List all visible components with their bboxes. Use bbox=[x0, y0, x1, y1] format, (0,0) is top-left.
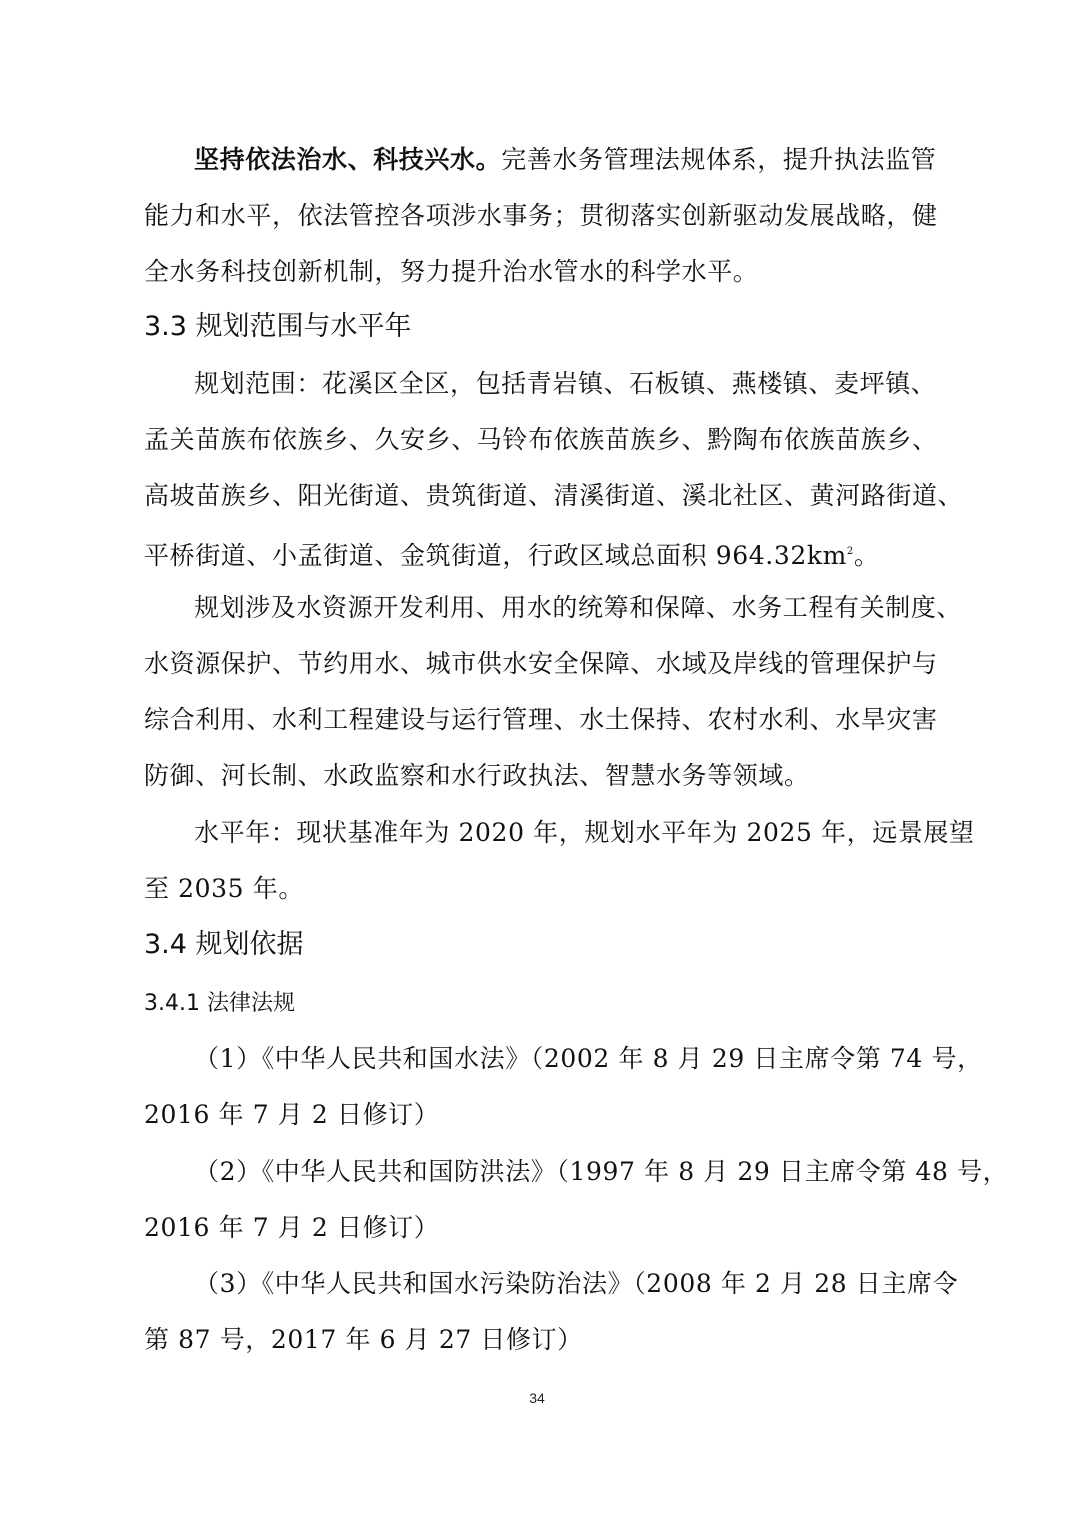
section-3-3-heading: 3.3 规划范围与水平年 bbox=[144, 311, 934, 343]
principle-line-2: 能力和水平，依法管控各项涉水事务；贯彻落实创新驱动发展战略，健 bbox=[144, 200, 934, 232]
content-line-3: 综合利用、水利工程建设与运行管理、水土保持、农村水利、水旱灾害 bbox=[144, 704, 934, 736]
principle-line-1: 坚持依法治水、科技兴水。完善水务管理法规体系，提升执法监管 bbox=[194, 144, 984, 176]
law-1-line-2: 2016 年 7 月 2 日修订） bbox=[144, 1099, 934, 1131]
scope-line-1: 规划范围：花溪区全区，包括青岩镇、石板镇、燕楼镇、麦坪镇、 bbox=[194, 368, 984, 400]
section-3-4-heading: 3.4 规划依据 bbox=[144, 929, 934, 961]
principle-bold-lead: 坚持依法治水、科技兴水。 bbox=[194, 145, 501, 174]
principle-line-1-rest: 完善水务管理法规体系，提升执法监管 bbox=[501, 145, 936, 174]
law-2-line-2: 2016 年 7 月 2 日修订） bbox=[144, 1212, 934, 1244]
law-3-line-2: 第 87 号，2017 年 6 月 27 日修订） bbox=[144, 1324, 934, 1356]
scope-line-3: 高坡苗族乡、阳光街道、贵筑街道、清溪街道、溪北社区、黄河路街道、 bbox=[144, 480, 934, 512]
principle-line-3: 全水务科技创新机制，努力提升治水管水的科学水平。 bbox=[144, 256, 934, 288]
content-line-1: 规划涉及水资源开发利用、用水的统筹和保障、水务工程有关制度、 bbox=[194, 592, 984, 624]
law-2-line-1: （2）《中华人民共和国防洪法》（1997 年 8 月 29 日主席令第 48 号… bbox=[194, 1156, 984, 1188]
scope-line-4-text: 平桥街道、小孟街道、金筑街道，行政区域总面积 964.32km bbox=[144, 541, 847, 570]
content-line-4: 防御、河长制、水政监察和水行政执法、智慧水务等领域。 bbox=[144, 760, 934, 792]
law-3-line-1: （3）《中华人民共和国水污染防治法》（2008 年 2 月 28 日主席令 bbox=[194, 1268, 984, 1300]
level-year-line-2: 至 2035 年。 bbox=[144, 873, 934, 905]
page-number: 34 bbox=[0, 1390, 1074, 1406]
scope-line-4-end: 。 bbox=[854, 541, 880, 570]
content-line-2: 水资源保护、节约用水、城市供水安全保障、水域及岸线的管理保护与 bbox=[144, 648, 934, 680]
document-page: 坚持依法治水、科技兴水。完善水务管理法规体系，提升执法监管 能力和水平，依法管控… bbox=[0, 0, 1074, 1520]
area-superscript: 2 bbox=[847, 546, 854, 557]
level-year-line-1: 水平年：现状基准年为 2020 年，规划水平年为 2025 年，远景展望 bbox=[194, 817, 984, 849]
scope-line-2: 孟关苗族布依族乡、久安乡、马铃布依族苗族乡、黔陶布依族苗族乡、 bbox=[144, 424, 934, 456]
scope-line-4: 平桥街道、小孟街道、金筑街道，行政区域总面积 964.32km2。 bbox=[144, 536, 934, 572]
subsection-3-4-1-heading: 3.4.1 法律法规 bbox=[144, 988, 934, 1020]
law-1-line-1: （1）《中华人民共和国水法》（2002 年 8 月 29 日主席令第 74 号， bbox=[194, 1043, 984, 1075]
